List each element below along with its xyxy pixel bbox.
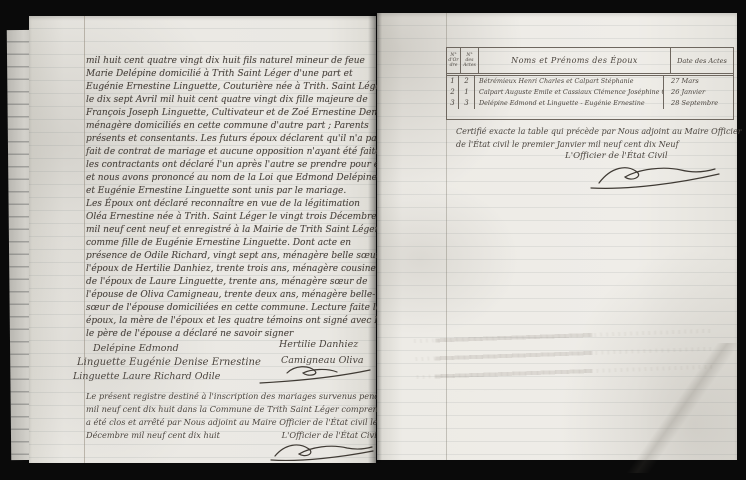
closing-statement: Le présent registre destiné à l'inscript…: [86, 390, 386, 442]
marriage-act-text: mil huit cent quatre vingt dix huit fils…: [86, 55, 374, 341]
act-text-line: le dix sept Avril mil huit cent quatre v…: [86, 94, 374, 107]
signature-witnesses-left: Linguette Laure Richard Odile: [73, 371, 220, 382]
cell-spouse-names: Calpart Auguste Emile et Cassiaux Clémen…: [475, 87, 664, 98]
closing-date: Décembre mil neuf cent dix huit: [86, 429, 220, 442]
table-body: 1 2 Bétrémieux Henri Charles et Calpart …: [447, 76, 733, 119]
table-row: 2 1 Calpart Auguste Emile et Cassiaux Cl…: [447, 87, 733, 98]
cell-act-date: 26 Janvier: [664, 87, 733, 98]
header-spouse-names: Noms et Prénoms des Époux: [479, 48, 671, 73]
cell-act-date: 28 Septembre: [664, 98, 733, 109]
table-row: 1 2 Bétrémieux Henri Charles et Calpart …: [447, 76, 733, 87]
act-text-line: Marie Delépine domicilié à Trith Saint L…: [86, 68, 374, 81]
act-text-line: fait de contrat de mariage et aucune opp…: [86, 146, 374, 159]
act-text-line: les contractants ont déclaré l'un après …: [86, 159, 374, 172]
officer-label: L'Officier de l'État Civil: [565, 151, 668, 161]
mayor-signature-flourish-icon: [267, 440, 377, 464]
header-act-number: N° des Actes: [461, 48, 479, 73]
signature-witness-danhiez: Hertilie Danhiez: [279, 339, 358, 350]
act-text-line: Les Époux ont déclaré reconnaître en vue…: [86, 198, 374, 211]
act-text-line: Oléa Ernestine née à Trith. Saint Léger …: [86, 211, 374, 224]
act-text-line: époux, la mère de l'époux et les quatre …: [86, 315, 374, 328]
act-text-line: comme fille de Eugénie Ernestine Linguet…: [86, 237, 374, 250]
cell-spouse-names: Delépine Edmond et Linguette - Eugénie E…: [475, 98, 664, 109]
cell-order-number: 3: [447, 98, 459, 109]
act-text-line: François Joseph Linguette, Cultivateur e…: [86, 107, 374, 120]
cell-order-number: 1: [447, 76, 459, 87]
act-text-line: sœur de l'épouse domiciliées en cette co…: [86, 302, 374, 315]
cell-order-number: 2: [447, 87, 459, 98]
act-text-line: mil huit cent quatre vingt dix huit fils…: [86, 55, 374, 68]
closing-line: mil neuf cent dix huit dans la Commune d…: [86, 403, 386, 416]
table-certification: Certifié exacte la table qui précède par…: [456, 125, 746, 151]
officer-paraph-flourish-icon: [257, 364, 373, 386]
signature-bride: Linguette Eugénie Denise Ernestine: [77, 357, 261, 368]
registry-scan: mil huit cent quatre vingt dix huit fils…: [0, 0, 746, 480]
cell-act-number: 2: [459, 76, 475, 87]
table-row: 3 3 Delépine Edmond et Linguette - Eugén…: [447, 98, 733, 109]
act-text-line: ménagère domiciliés en cette commune d'a…: [86, 120, 374, 133]
marriages-index-table: N° d'Ordre N° des Actes Noms et Prénoms …: [446, 47, 734, 120]
cell-spouse-names: Bétrémieux Henri Charles et Calpart Stép…: [475, 76, 664, 87]
act-text-line: et Eugénie Ernestine Linguette sont unis…: [86, 185, 374, 198]
act-text-line: l'épouse de Oliva Camigneau, trente deux…: [86, 289, 374, 302]
cell-act-number: 1: [459, 87, 475, 98]
closing-line: a été clos et arrêté par Nous adjoint au…: [86, 416, 386, 429]
certification-line: Certifié exacte la table qui précède par…: [456, 125, 746, 138]
officer-signature-flourish-icon: [585, 161, 725, 193]
left-page-margin-line: [84, 16, 85, 463]
act-text-line: présence de Odile Richard, vingt sept an…: [86, 250, 374, 263]
act-text-line: Eugénie Ernestine Linguette, Couturière …: [86, 81, 374, 94]
act-text-line: et nous avons prononcé au nom de la Loi …: [86, 172, 374, 185]
act-text-line: présents et consentants. Les futurs épou…: [86, 133, 374, 146]
act-text-line: l'époux de Hertilie Danhiez, trente troi…: [86, 263, 374, 276]
table-header-row: N° d'Ordre N° des Actes Noms et Prénoms …: [447, 48, 733, 76]
signature-groom: Delépine Edmond: [93, 343, 179, 354]
act-text-line: mil neuf cent neuf et enregistré à la Ma…: [86, 224, 374, 237]
paper-crease: [597, 343, 746, 473]
cell-act-number: 3: [459, 98, 475, 109]
header-act-date: Date des Actes: [671, 48, 733, 73]
book-gutter-shadow: [368, 13, 382, 463]
act-text-line: de l'époux de Laure Linguette, trente an…: [86, 276, 374, 289]
cell-act-date: 27 Mars: [664, 76, 733, 87]
left-page: mil huit cent quatre vingt dix huit fils…: [29, 16, 376, 463]
closing-line: Le présent registre destiné à l'inscript…: [86, 390, 386, 403]
header-order-number: N° d'Ordre: [447, 48, 461, 73]
certification-line: de l'État civil le premier Janvier mil n…: [456, 138, 746, 151]
right-page: N° d'Ordre N° des Actes Noms et Prénoms …: [377, 13, 737, 460]
